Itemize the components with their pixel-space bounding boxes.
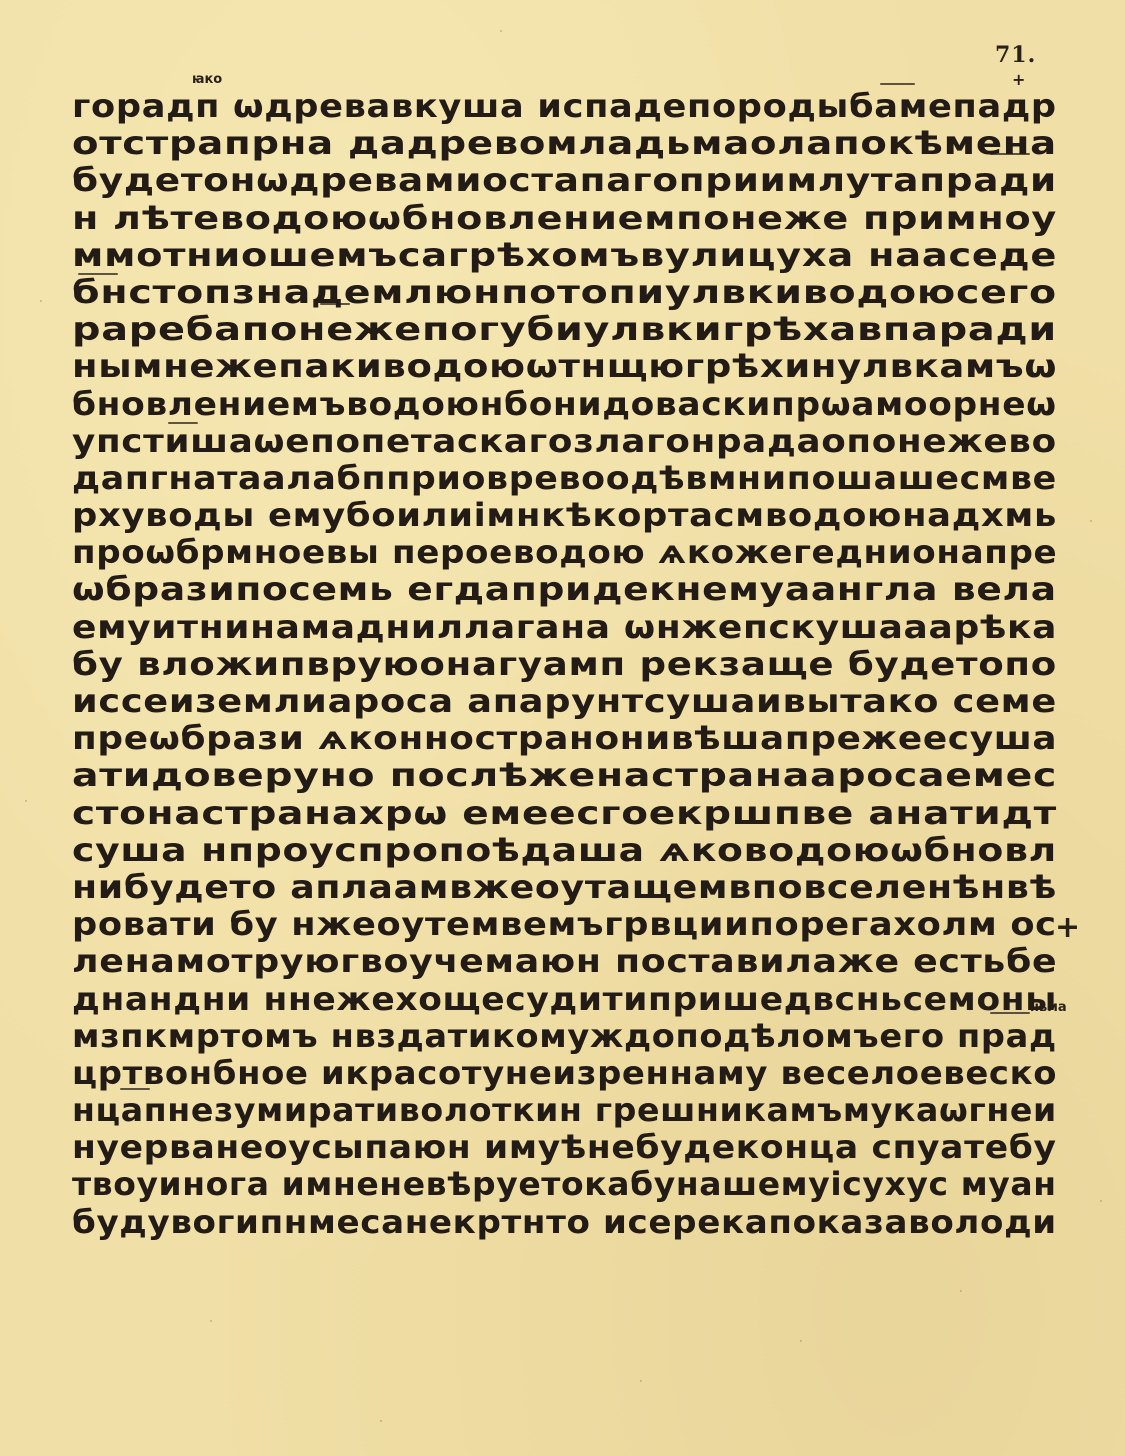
margin-cross-right: + (1055, 910, 1080, 945)
paper-speck (25, 800, 27, 802)
manuscript-text: горадп ѡдревавкуша испадепородыбамепадр … (72, 92, 1057, 1245)
paper-speck (210, 1320, 212, 1322)
manuscript-page: 71. ꙗко + + ньма горадп ѡдревавкуша испа… (0, 0, 1125, 1456)
paper-speck (960, 1290, 962, 1292)
paper-speck (1100, 1200, 1102, 1202)
paper-speck (380, 1420, 382, 1422)
page-number: 71. (995, 42, 1036, 68)
text-line: будувогипнмесанекртнто исерекапоказаволо… (72, 1208, 1057, 1245)
paper-speck (640, 1380, 642, 1382)
paper-speck (1090, 520, 1092, 522)
paper-speck (500, 30, 502, 32)
paper-speck (800, 1340, 802, 1342)
paper-speck (40, 300, 42, 302)
